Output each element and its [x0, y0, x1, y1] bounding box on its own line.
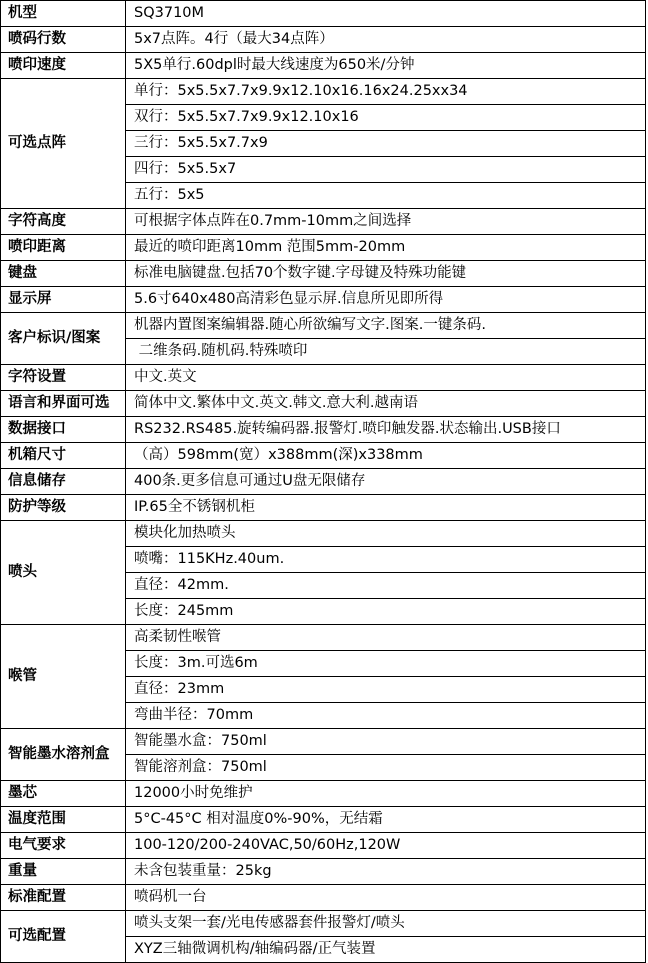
spec-row: 喉管高柔韧性喉管 — [1, 625, 646, 651]
spec-value-cell: 智能墨水盒：750ml — [126, 729, 646, 755]
product-spec-table: 机型SQ3710M喷码行数5x7点阵。4行（最大34点阵）喷印速度5X5单行.6… — [0, 0, 646, 963]
spec-value-cell: 喷头支架一套/光电传感器套件报警灯/喷头 — [126, 911, 646, 937]
spec-value-cell: 标准电脑键盘.包括70个数字键.字母键及特殊功能键 — [126, 261, 646, 287]
spec-row: 键盘标准电脑键盘.包括70个数字键.字母键及特殊功能键 — [1, 261, 646, 287]
spec-label-cell: 喷印速度 — [1, 53, 126, 79]
spec-row: 电气要求100-120/200-240VAC,50/60Hz,120W — [1, 833, 646, 859]
spec-value-cell: 12000小时免维护 — [126, 781, 646, 807]
spec-row: 客户标识/图案机器内置图案编辑器.随心所欲编写文字.图案.一键条码. — [1, 313, 646, 339]
spec-value-cell: SQ3710M — [126, 1, 646, 27]
spec-label-cell: 喷码行数 — [1, 27, 126, 53]
spec-label-cell: 数据接口 — [1, 417, 126, 443]
spec-row: 墨芯12000小时免维护 — [1, 781, 646, 807]
spec-row: 可选点阵单行：5x5.5x7.7x9.9x12.10x16.16x24.25xx… — [1, 79, 646, 105]
spec-value-cell: 弯曲半径：70mm — [126, 703, 646, 729]
spec-label-cell: 字符高度 — [1, 209, 126, 235]
spec-value-cell: 5°C-45°C 相对温度0%-90%，无结霜 — [126, 807, 646, 833]
spec-label-cell: 字符设置 — [1, 365, 126, 391]
spec-table-body: 机型SQ3710M喷码行数5x7点阵。4行（最大34点阵）喷印速度5X5单行.6… — [1, 1, 646, 963]
spec-value-cell: 四行：5x5.5x7 — [126, 157, 646, 183]
spec-label-cell: 电气要求 — [1, 833, 126, 859]
spec-row: 防护等级IP.65全不锈钢机柜 — [1, 495, 646, 521]
spec-value-cell: 长度：3m.可选6m — [126, 651, 646, 677]
spec-row: 喷印距离最近的喷印距离10mm 范围5mm-20mm — [1, 235, 646, 261]
spec-row: 信息储存400条.更多信息可通过U盘无限储存 — [1, 469, 646, 495]
spec-row: 智能墨水溶剂盒智能墨水盒：750ml — [1, 729, 646, 755]
spec-value-cell: 5x7点阵。4行（最大34点阵） — [126, 27, 646, 53]
spec-value-cell: 5.6寸640x480高清彩色显示屏.信息所见即所得 — [126, 287, 646, 313]
spec-row: 喷印速度5X5单行.60dpl时最大线速度为650米/分钟 — [1, 53, 646, 79]
spec-value-cell: RS232.RS485.旋转编码器.报警灯.喷印触发器.状态输出.USB接口 — [126, 417, 646, 443]
spec-label-cell: 语言和界面可选 — [1, 391, 126, 417]
spec-label-cell: 信息储存 — [1, 469, 126, 495]
spec-label-cell: 标准配置 — [1, 885, 126, 911]
spec-label-cell: 喷头 — [1, 521, 126, 625]
spec-value-cell: 五行：5x5 — [126, 183, 646, 209]
spec-value-cell: 5X5单行.60dpl时最大线速度为650米/分钟 — [126, 53, 646, 79]
spec-value-cell: 简体中文.繁体中文.英文.韩文.意大利.越南语 — [126, 391, 646, 417]
spec-value-cell: XYZ三轴微调机构/轴编码器/正气装置 — [126, 937, 646, 963]
spec-value-cell: （高）598mm(宽）x388mm(深)x338mm — [126, 443, 646, 469]
spec-value-cell: 模块化加热喷头 — [126, 521, 646, 547]
spec-label-cell: 防护等级 — [1, 495, 126, 521]
spec-sheet-page: 机型SQ3710M喷码行数5x7点阵。4行（最大34点阵）喷印速度5X5单行.6… — [0, 0, 648, 963]
spec-row: 机型SQ3710M — [1, 1, 646, 27]
spec-row: 喷码行数5x7点阵。4行（最大34点阵） — [1, 27, 646, 53]
spec-label-cell: 温度范围 — [1, 807, 126, 833]
spec-label-cell: 可选配置 — [1, 911, 126, 963]
spec-label-cell: 喷印距离 — [1, 235, 126, 261]
spec-value-cell: IP.65全不锈钢机柜 — [126, 495, 646, 521]
spec-label-cell: 机箱尺寸 — [1, 443, 126, 469]
spec-label-cell: 显示屏 — [1, 287, 126, 313]
spec-value-cell: 长度：245mm — [126, 599, 646, 625]
spec-row: 语言和界面可选简体中文.繁体中文.英文.韩文.意大利.越南语 — [1, 391, 646, 417]
spec-label-cell: 墨芯 — [1, 781, 126, 807]
spec-value-cell: 高柔韧性喉管 — [126, 625, 646, 651]
spec-value-cell: 400条.更多信息可通过U盘无限储存 — [126, 469, 646, 495]
spec-row: 数据接口RS232.RS485.旋转编码器.报警灯.喷印触发器.状态输出.USB… — [1, 417, 646, 443]
spec-label-cell: 重量 — [1, 859, 126, 885]
spec-value-cell: 100-120/200-240VAC,50/60Hz,120W — [126, 833, 646, 859]
spec-label-cell: 键盘 — [1, 261, 126, 287]
spec-value-cell: 未含包装重量：25kg — [126, 859, 646, 885]
spec-label-cell: 客户标识/图案 — [1, 313, 126, 365]
spec-label-cell: 可选点阵 — [1, 79, 126, 209]
spec-value-cell: 机器内置图案编辑器.随心所欲编写文字.图案.一键条码. — [126, 313, 646, 339]
spec-row: 温度范围5°C-45°C 相对温度0%-90%，无结霜 — [1, 807, 646, 833]
spec-value-cell: 喷码机一台 — [126, 885, 646, 911]
spec-value-cell: 直径：42mm. — [126, 573, 646, 599]
spec-row: 字符设置中文.英文 — [1, 365, 646, 391]
spec-value-cell: 可根据字体点阵在0.7mm-10mm之间选择 — [126, 209, 646, 235]
spec-value-cell: 三行：5x5.5x7.7x9 — [126, 131, 646, 157]
spec-value-cell: 最近的喷印距离10mm 范围5mm-20mm — [126, 235, 646, 261]
spec-value-cell: 中文.英文 — [126, 365, 646, 391]
spec-label-cell: 喉管 — [1, 625, 126, 729]
spec-value-cell: 智能溶剂盒：750ml — [126, 755, 646, 781]
spec-row: 喷头模块化加热喷头 — [1, 521, 646, 547]
spec-row: 重量未含包装重量：25kg — [1, 859, 646, 885]
spec-label-cell: 智能墨水溶剂盒 — [1, 729, 126, 781]
spec-value-cell: 直径：23mm — [126, 677, 646, 703]
spec-row: 显示屏5.6寸640x480高清彩色显示屏.信息所见即所得 — [1, 287, 646, 313]
spec-value-cell: 二维条码.随机码.特殊喷印 — [126, 339, 646, 365]
spec-row: 标准配置喷码机一台 — [1, 885, 646, 911]
spec-value-cell: 喷嘴：115KHz.40um. — [126, 547, 646, 573]
spec-row: 字符高度可根据字体点阵在0.7mm-10mm之间选择 — [1, 209, 646, 235]
spec-label-cell: 机型 — [1, 1, 126, 27]
spec-row: 可选配置喷头支架一套/光电传感器套件报警灯/喷头 — [1, 911, 646, 937]
spec-value-cell: 单行：5x5.5x7.7x9.9x12.10x16.16x24.25xx34 — [126, 79, 646, 105]
spec-row: 机箱尺寸（高）598mm(宽）x388mm(深)x338mm — [1, 443, 646, 469]
spec-value-cell: 双行：5x5.5x7.7x9.9x12.10x16 — [126, 105, 646, 131]
